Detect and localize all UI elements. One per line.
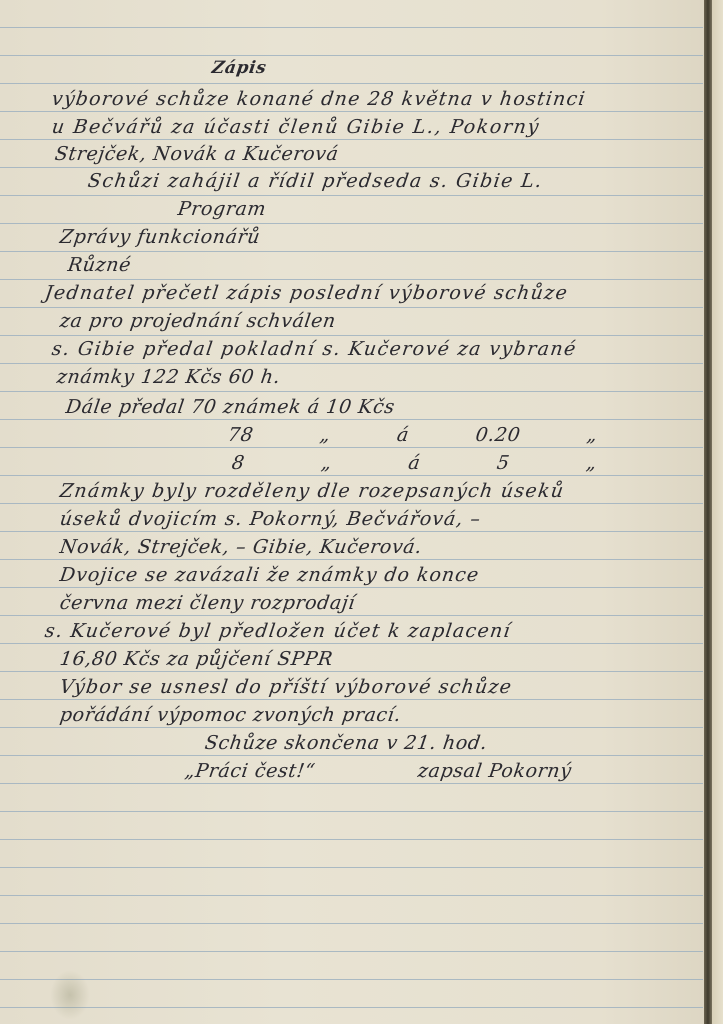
text-line: Novák, Strejček, – Gibie, Kučerová.: [58, 536, 423, 558]
text-line: Schůzi zahájil a řídil předseda s. Gibie…: [86, 170, 544, 192]
text-line: Strejček, Novák a Kučerová: [53, 143, 340, 165]
ruling-line: [0, 503, 703, 504]
text-line: známky 122 Kčs 60 h.: [55, 366, 281, 388]
ruling-line: [0, 391, 703, 392]
document-title: Zápis: [211, 58, 268, 78]
ruling-line: [0, 615, 703, 616]
text-line: s. Kučerové byl předložen účet k zaplace…: [43, 620, 512, 642]
text-line: Jednatel přečetl zápis poslední výborové…: [43, 282, 569, 304]
ruling-line: [0, 335, 703, 336]
text-line: pořádání výpomoc zvoných prací.: [58, 704, 402, 726]
ruling-line: [0, 811, 703, 812]
ruling-line: [0, 531, 703, 532]
ruling-line: [0, 111, 703, 112]
text-line: Různé: [66, 254, 132, 276]
text-line: za pro projednání schválen: [58, 310, 337, 332]
text-line: 8 „ á 5 „: [230, 452, 598, 474]
ruling-line: [0, 55, 703, 56]
ruling-line: [0, 363, 703, 364]
notebook-binding: [704, 0, 712, 1024]
notebook-page: Zápis výborové schůze konané dne 28 květ…: [0, 0, 705, 1024]
text-line: Dvojice se zavázali že známky do konce: [58, 564, 480, 586]
text-line: Výbor se usnesl do příští výborové schůz…: [58, 676, 513, 698]
ruling-line: [0, 139, 703, 140]
ruling-line: [0, 699, 703, 700]
text-line: Dále předal 70 známek á 10 Kčs: [64, 396, 396, 418]
text-line: s. Gibie předal pokladní s. Kučerové za …: [50, 338, 578, 360]
ruling-line: [0, 923, 703, 924]
ruling-line: [0, 195, 703, 196]
text-line: 16,80 Kčs za půjčení SPPR: [58, 648, 334, 670]
ruling-line: [0, 251, 703, 252]
ruling-line: [0, 727, 703, 728]
ruling-line: [0, 979, 703, 980]
text-line: Známky byly rozděleny dle rozepsaných ús…: [58, 480, 565, 502]
ruling-line: [0, 307, 703, 308]
adjacent-page-edge: [712, 0, 723, 1024]
ruling-line: [0, 419, 703, 420]
text-line: výborové schůze konané dne 28 května v h…: [50, 88, 587, 110]
ruling-line: [0, 951, 703, 952]
text-line: u Bečvářů za účasti členů Gibie L., Poko…: [50, 116, 541, 138]
ruling-line: [0, 587, 703, 588]
ruling-line: [0, 167, 703, 168]
signature: zapsal Pokorný: [416, 760, 573, 782]
ruling-line: [0, 83, 703, 84]
ruling-line: [0, 447, 703, 448]
text-line: Program: [176, 198, 267, 220]
closing-line: Schůze skončena v 21. hod.: [203, 732, 488, 754]
ruling-line: [0, 839, 703, 840]
text-line: 78 „ á 0.20 „: [226, 424, 599, 446]
ruling-line: [0, 27, 703, 28]
text-line: úseků dvojicím s. Pokorný, Bečvářová, –: [58, 508, 482, 530]
ruling-line: [0, 223, 703, 224]
ruling-line: [0, 755, 703, 756]
paper-stain: [50, 970, 90, 1020]
ruling-line: [0, 783, 703, 784]
text-line: června mezi členy rozprodají: [58, 592, 356, 614]
ruling-line: [0, 279, 703, 280]
ruling-line: [0, 671, 703, 672]
ruling-line: [0, 895, 703, 896]
ruling-line: [0, 559, 703, 560]
ruling-line: [0, 1007, 703, 1008]
ruling-line: [0, 643, 703, 644]
text-line: Zprávy funkcionářů: [58, 226, 261, 248]
ruling-line: [0, 867, 703, 868]
motto: „Práci čest!“: [183, 760, 316, 782]
ruling-line: [0, 475, 703, 476]
